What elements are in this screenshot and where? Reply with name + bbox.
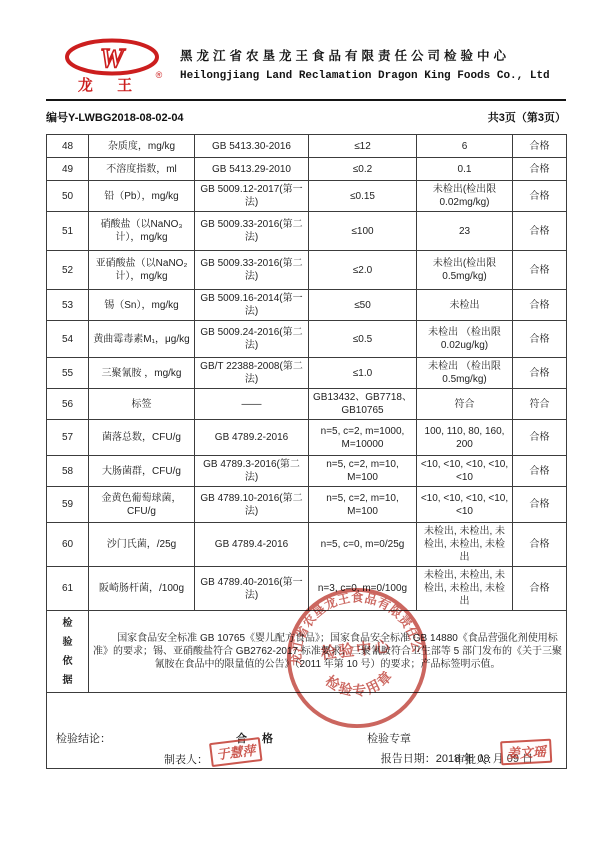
row-limit: ≤100 bbox=[309, 212, 417, 251]
row-result: 未检出, 未检出, 未检出, 未检出, 未检出 bbox=[417, 523, 513, 567]
row-no: 61 bbox=[47, 567, 89, 611]
row-result: 6 bbox=[417, 135, 513, 158]
page-indicator: 共3页（第3页） bbox=[488, 109, 566, 125]
row-limit: n=5, c=2, m=10, M=100 bbox=[309, 487, 417, 523]
basis-label: 检验依据 bbox=[47, 611, 89, 693]
row-result: 符合 bbox=[417, 389, 513, 420]
row-method: GB/T 22388-2008(第二法) bbox=[195, 358, 309, 389]
logo-cn-text: 龙 王 bbox=[78, 77, 142, 94]
row-result: 0.1 bbox=[417, 158, 513, 181]
row-conclusion: 合格 bbox=[513, 181, 567, 212]
row-method: —— bbox=[195, 389, 309, 420]
row-conclusion: 合格 bbox=[513, 321, 567, 358]
basis-text: 国家食品安全标准 GB 10765《婴儿配方食品》；国家食品安全标准 GB 14… bbox=[92, 632, 563, 671]
row-result: <10, <10, <10, <10, <10 bbox=[417, 456, 513, 487]
row-no: 60 bbox=[47, 523, 89, 567]
row-conclusion: 合格 bbox=[513, 251, 567, 290]
preparer-group: 制表人：于慧萍 bbox=[164, 746, 262, 770]
preparer-signature-stamp: 于慧萍 bbox=[209, 737, 263, 767]
row-no: 52 bbox=[47, 251, 89, 290]
row-conclusion: 符合 bbox=[513, 389, 567, 420]
table-row: 51 硝酸盐（以NaNO₃计），mg/kg GB 5009.33-2016(第二… bbox=[47, 212, 567, 251]
conclusion-label: 检验结论： bbox=[56, 733, 111, 746]
table-row: 50 铅（Pb），mg/kg GB 5009.12-2017(第一法) ≤0.1… bbox=[47, 181, 567, 212]
row-method: GB 5413.29-2010 bbox=[195, 158, 309, 181]
row-limit: n=5, c=0, m=0/25g bbox=[309, 523, 417, 567]
row-no: 54 bbox=[47, 321, 89, 358]
table-row: 54 黄曲霉毒素M₁，μg/kg GB 5009.24-2016(第二法) ≤0… bbox=[47, 321, 567, 358]
table-row: 49 不溶度指数，ml GB 5413.29-2010 ≤0.2 0.1 合格 bbox=[47, 158, 567, 181]
row-method: GB 4789.3-2016(第二法) bbox=[195, 456, 309, 487]
row-limit: ≤0.15 bbox=[309, 181, 417, 212]
row-result: 100, 110, 80, 160, 200 bbox=[417, 420, 513, 456]
table-row: 55 三聚氰胺 ，mg/kg GB/T 22388-2008(第二法) ≤1.0… bbox=[47, 358, 567, 389]
row-result: <10, <10, <10, <10, <10 bbox=[417, 487, 513, 523]
row-method: GB 4789.2-2016 bbox=[195, 420, 309, 456]
row-item: 三聚氰胺 ，mg/kg bbox=[89, 358, 195, 389]
row-method: GB 4789.4-2016 bbox=[195, 523, 309, 567]
row-no: 49 bbox=[47, 158, 89, 181]
logo-w-mark: W bbox=[100, 43, 126, 73]
row-limit: ≤50 bbox=[309, 290, 417, 321]
row-method: GB 4789.40-2016(第一法) bbox=[195, 567, 309, 611]
meta-row: 编号Y-LWBG2018-08-02-04 共3页（第3页） bbox=[46, 109, 566, 125]
approver-group: 审批人：姜文瑶 bbox=[454, 746, 552, 770]
row-limit: n=3, c=0, m=0/100g bbox=[309, 567, 417, 611]
row-limit: ≤0.5 bbox=[309, 321, 417, 358]
row-no: 55 bbox=[47, 358, 89, 389]
row-item: 菌落总数，CFU/g bbox=[89, 420, 195, 456]
row-no: 48 bbox=[47, 135, 89, 158]
row-item: 金黄色葡萄球菌，CFU/g bbox=[89, 487, 195, 523]
row-conclusion: 合格 bbox=[513, 456, 567, 487]
row-method: GB 5009.12-2017(第一法) bbox=[195, 181, 309, 212]
row-item: 黄曲霉毒素M₁，μg/kg bbox=[89, 321, 195, 358]
row-limit: ≤12 bbox=[309, 135, 417, 158]
row-result: 未检出 （检出限 0.02ug/kg) bbox=[417, 321, 513, 358]
dragon-king-logo: W 龙 王 ® bbox=[62, 38, 166, 96]
row-conclusion: 合格 bbox=[513, 567, 567, 611]
row-no: 51 bbox=[47, 212, 89, 251]
row-item: 杂质度，mg/kg bbox=[89, 135, 195, 158]
row-limit: ≤0.2 bbox=[309, 158, 417, 181]
row-method: GB 5009.33-2016(第二法) bbox=[195, 212, 309, 251]
approver-signature-stamp: 姜文瑶 bbox=[500, 739, 552, 766]
header-titles: 黑龙江省农垦龙王食品有限责任公司检验中心 Heilongjiang Land R… bbox=[180, 46, 580, 82]
row-method: GB 4789.10-2016(第二法) bbox=[195, 487, 309, 523]
row-result: 未检出, 未检出, 未检出, 未检出, 未检出 bbox=[417, 567, 513, 611]
table-row: 56 标签 —— GB13432、GB7718、GB10765 符合 符合 bbox=[47, 389, 567, 420]
basis-row: 检验依据 国家食品安全标准 GB 10765《婴儿配方食品》；国家食品安全标准 … bbox=[47, 611, 567, 693]
inspection-report-page: { "header": { "logo_cn": "龙 王", "logo_ma… bbox=[0, 0, 596, 842]
row-no: 57 bbox=[47, 420, 89, 456]
row-result: 23 bbox=[417, 212, 513, 251]
row-limit: n=5, c=2, m=10, M=100 bbox=[309, 456, 417, 487]
registered-mark: ® bbox=[156, 70, 163, 80]
row-conclusion: 合格 bbox=[513, 487, 567, 523]
row-item: 阪崎肠杆菌，/100g bbox=[89, 567, 195, 611]
row-limit: n=5, c=2, m=1000, M=10000 bbox=[309, 420, 417, 456]
row-item: 沙门氏菌，/25g bbox=[89, 523, 195, 567]
row-conclusion: 合格 bbox=[513, 523, 567, 567]
company-title-cn: 黑龙江省农垦龙王食品有限责任公司检验中心 bbox=[180, 46, 580, 64]
row-result: 未检出 （检出限 0.5mg/kg) bbox=[417, 358, 513, 389]
row-result: 未检出 bbox=[417, 290, 513, 321]
preparer-label: 制表人： bbox=[164, 754, 208, 766]
approver-label: 审批人： bbox=[454, 754, 498, 766]
row-result: 未检出(检出限 0.02mg/kg) bbox=[417, 181, 513, 212]
basis-text-cell: 国家食品安全标准 GB 10765《婴儿配方食品》；国家食品安全标准 GB 14… bbox=[89, 611, 567, 693]
row-item: 亚硝酸盐（以NaNO₂计），mg/kg bbox=[89, 251, 195, 290]
row-item: 不溶度指数，ml bbox=[89, 158, 195, 181]
row-limit: ≤1.0 bbox=[309, 358, 417, 389]
row-method: GB 5009.24-2016(第二法) bbox=[195, 321, 309, 358]
table-row: 57 菌落总数，CFU/g GB 4789.2-2016 n=5, c=2, m… bbox=[47, 420, 567, 456]
row-limit: ≤2.0 bbox=[309, 251, 417, 290]
row-item: 锡（Sn），mg/kg bbox=[89, 290, 195, 321]
row-no: 58 bbox=[47, 456, 89, 487]
header-divider bbox=[46, 99, 566, 101]
row-conclusion: 合格 bbox=[513, 358, 567, 389]
row-method: GB 5009.16-2014(第一法) bbox=[195, 290, 309, 321]
table-row: 52 亚硝酸盐（以NaNO₂计），mg/kg GB 5009.33-2016(第… bbox=[47, 251, 567, 290]
row-method: GB 5009.33-2016(第二法) bbox=[195, 251, 309, 290]
basis-label-text: 检验依据 bbox=[61, 614, 74, 690]
row-conclusion: 合格 bbox=[513, 158, 567, 181]
table-row: 48 杂质度，mg/kg GB 5413.30-2016 ≤12 6 合格 bbox=[47, 135, 567, 158]
row-conclusion: 合格 bbox=[513, 135, 567, 158]
row-item: 标签 bbox=[89, 389, 195, 420]
company-title-en: Heilongjiang Land Reclamation Dragon Kin… bbox=[180, 70, 580, 82]
table-row: 61 阪崎肠杆菌，/100g GB 4789.40-2016(第一法) n=3,… bbox=[47, 567, 567, 611]
row-limit: GB13432、GB7718、GB10765 bbox=[309, 389, 417, 420]
table-row: 59 金黄色葡萄球菌，CFU/g GB 4789.10-2016(第二法) n=… bbox=[47, 487, 567, 523]
row-no: 53 bbox=[47, 290, 89, 321]
row-conclusion: 合格 bbox=[513, 420, 567, 456]
row-no: 56 bbox=[47, 389, 89, 420]
row-result: 未检出(检出限 0.5mg/kg) bbox=[417, 251, 513, 290]
report-number: 编号Y-LWBG2018-08-02-04 bbox=[46, 109, 184, 125]
row-conclusion: 合格 bbox=[513, 290, 567, 321]
table-row: 60 沙门氏菌，/25g GB 4789.4-2016 n=5, c=0, m=… bbox=[47, 523, 567, 567]
conclusion-line: 检验结论： 合 格 检验专章 bbox=[50, 733, 563, 746]
row-method: GB 5413.30-2016 bbox=[195, 135, 309, 158]
table-row: 58 大肠菌群，CFU/g GB 4789.3-2016(第二法) n=5, c… bbox=[47, 456, 567, 487]
row-item: 硝酸盐（以NaNO₃计），mg/kg bbox=[89, 212, 195, 251]
row-item: 大肠菌群，CFU/g bbox=[89, 456, 195, 487]
row-no: 59 bbox=[47, 487, 89, 523]
table-row: 53 锡（Sn），mg/kg GB 5009.16-2014(第一法) ≤50 … bbox=[47, 290, 567, 321]
test-results-table: 48 杂质度，mg/kg GB 5413.30-2016 ≤12 6 合格 49… bbox=[46, 134, 567, 769]
row-no: 50 bbox=[47, 181, 89, 212]
seal-caption: 检验专章 bbox=[367, 733, 411, 746]
row-item: 铅（Pb），mg/kg bbox=[89, 181, 195, 212]
row-conclusion: 合格 bbox=[513, 212, 567, 251]
